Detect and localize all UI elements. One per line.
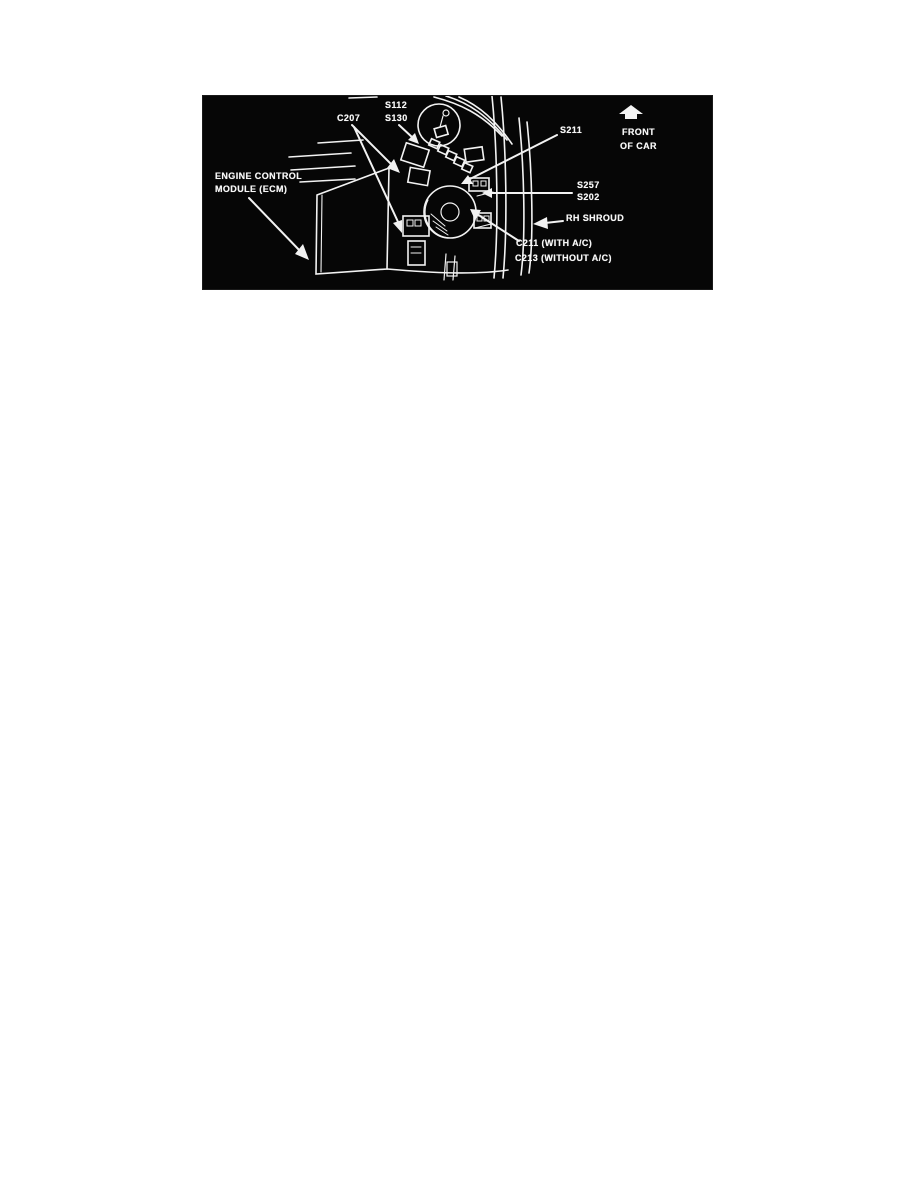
booster-circle (418, 104, 460, 146)
front-of-car-arrow-icon (617, 105, 645, 120)
label-s130: S130 (385, 113, 408, 123)
ecm-label-line2: MODULE (ECM) (215, 184, 287, 194)
front-of-car-line1: FRONT (622, 127, 655, 137)
label-s211: S211 (560, 125, 582, 135)
ecm-location-diagram: ENGINE CONTROL MODULE (ECM) C207 S112 S1… (203, 96, 712, 289)
front-of-car-line2: OF CAR (620, 141, 657, 151)
label-rh-shroud: RH SHROUD (566, 213, 624, 223)
label-c207: C207 (337, 113, 360, 123)
label-c213: C213 (WITHOUT A/C) (515, 253, 612, 263)
ecm-label-line1: ENGINE CONTROL (215, 171, 302, 181)
label-s257: S257 (577, 180, 600, 190)
manual-page: ENGINE CONTROL MODULE (ECM) C207 S112 S1… (0, 0, 918, 1188)
label-c211: C211 (WITH A/C) (516, 238, 592, 248)
label-s112: S112 (385, 100, 407, 110)
ecm-box-outline (316, 168, 389, 274)
label-s202: S202 (577, 192, 600, 202)
